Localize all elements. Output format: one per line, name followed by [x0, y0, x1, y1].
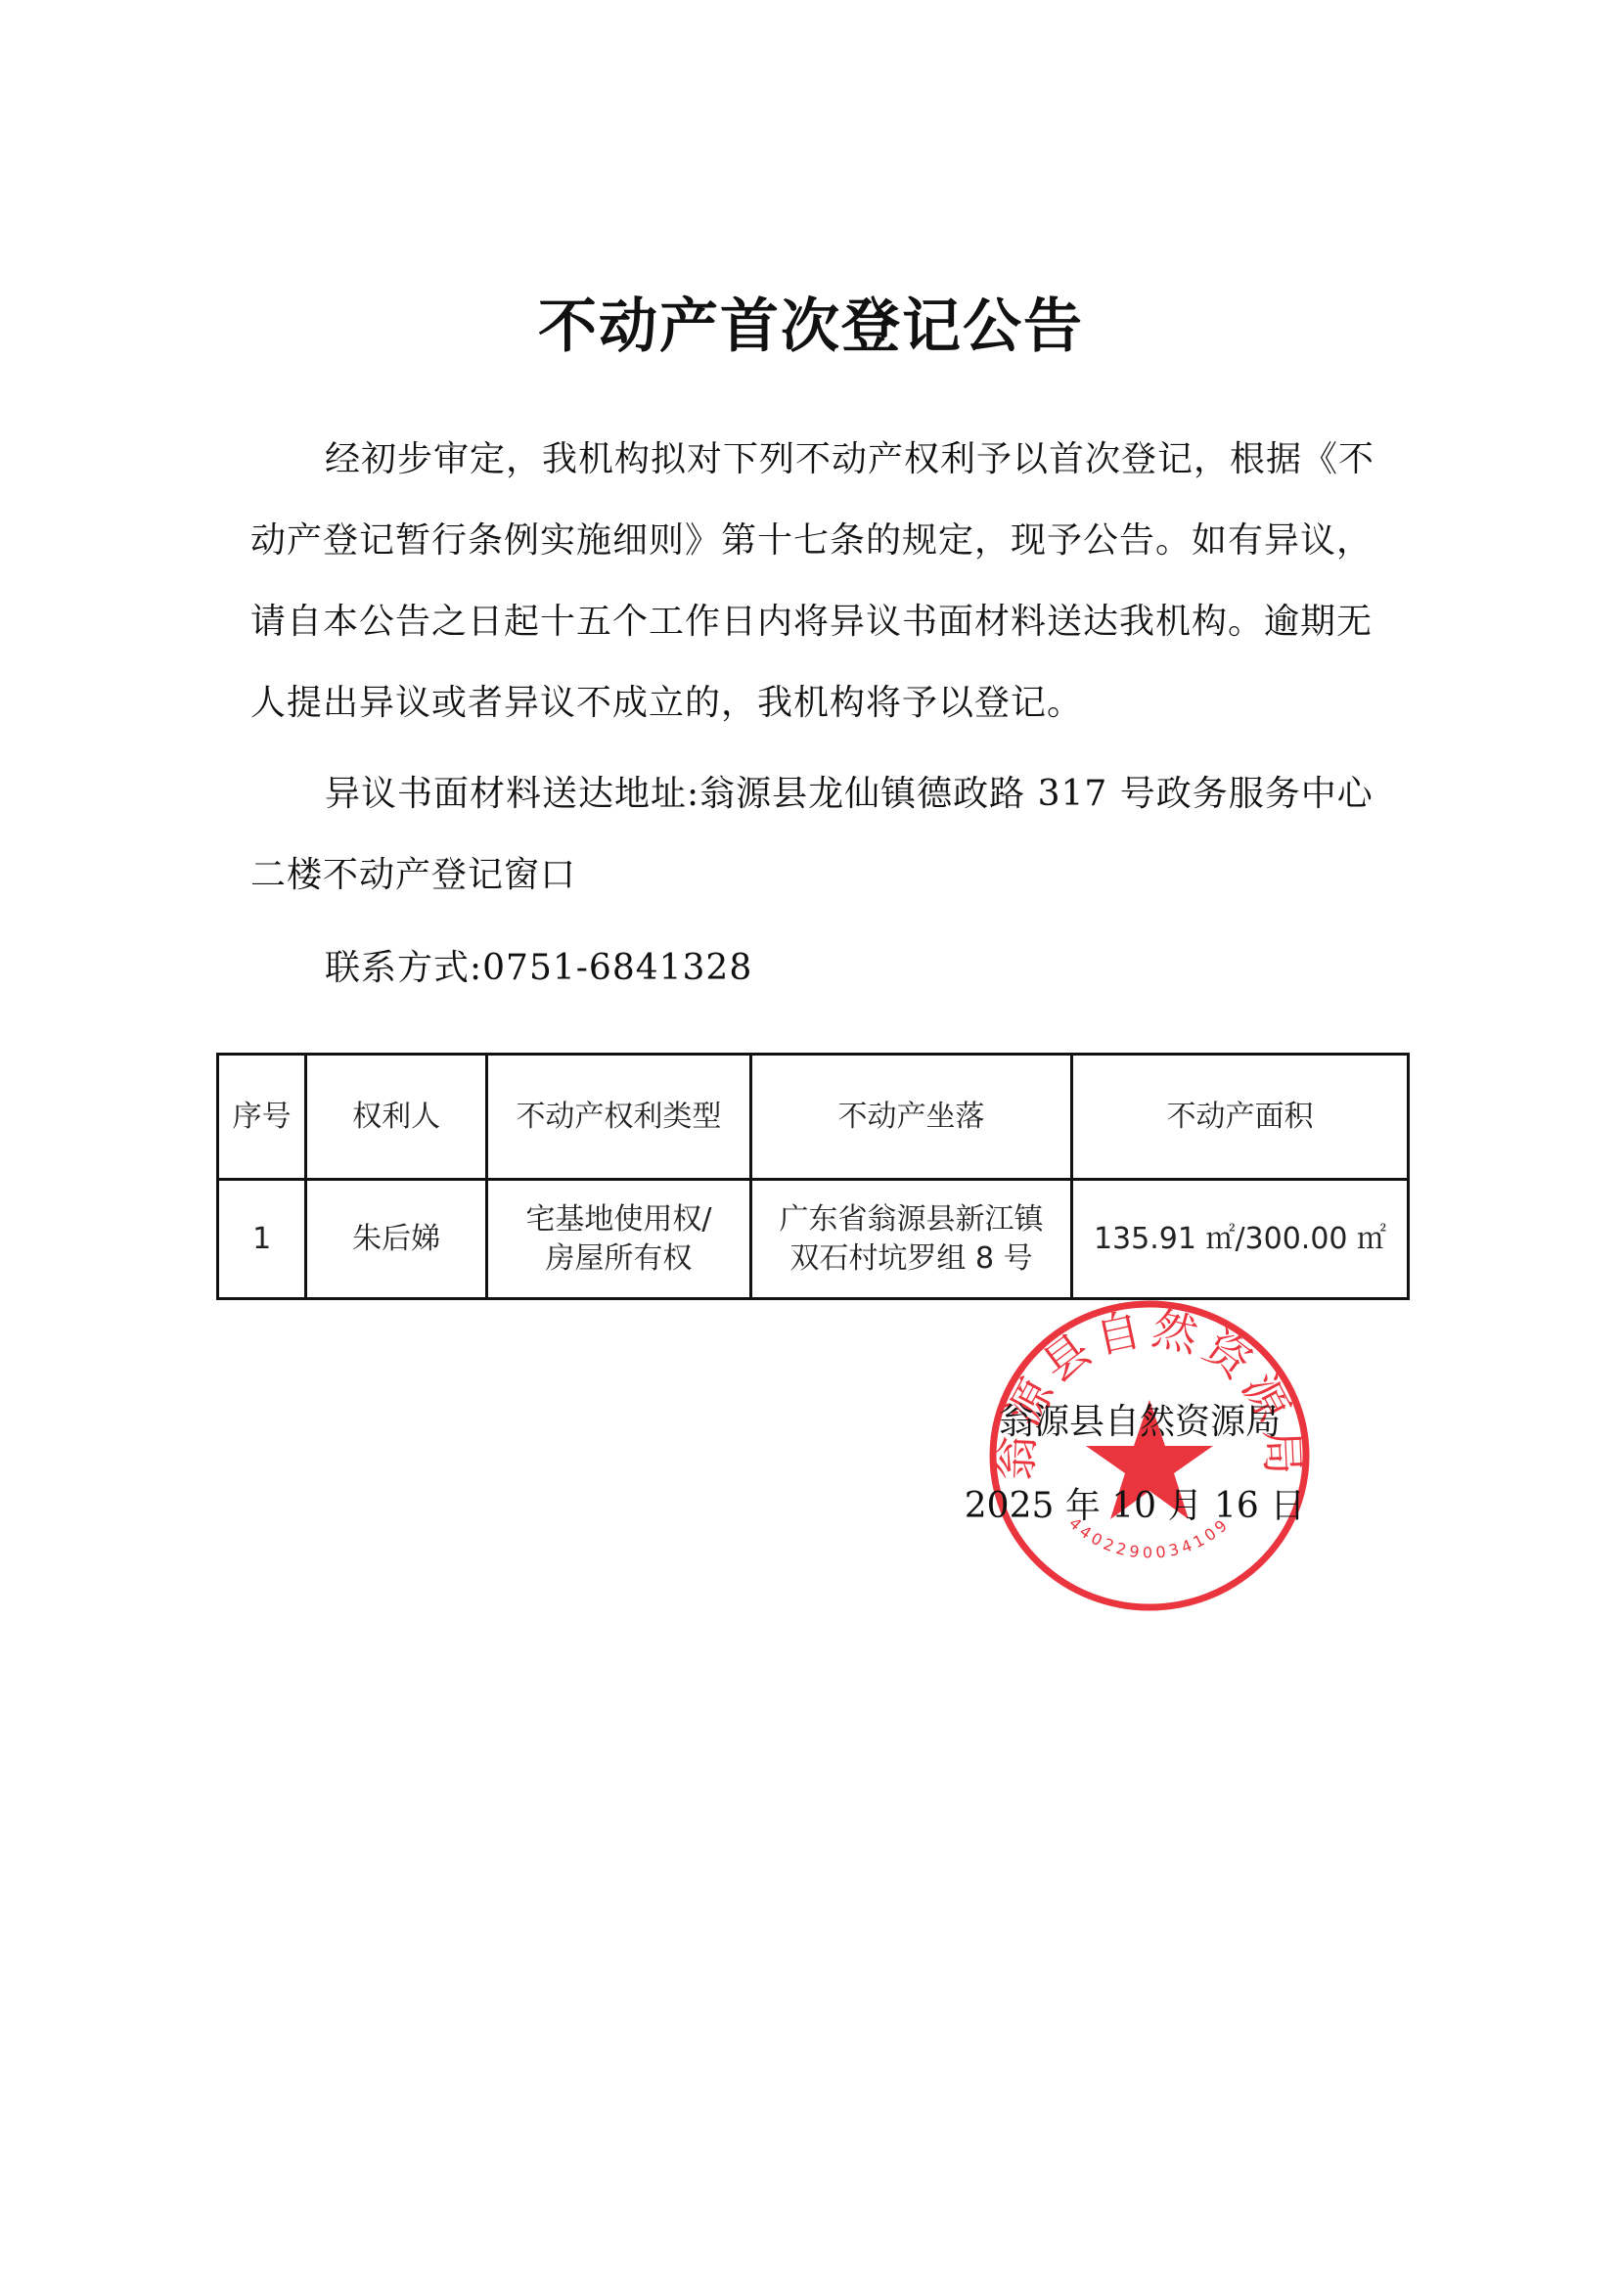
page-title: 不动产首次登记公告 — [0, 292, 1622, 362]
registration-table: 序号 权利人 不动产权利类型 不动产坐落 不动产面积 1 朱后娣 宅基地使用权/… — [216, 1053, 1410, 1300]
cell-location-line1: 广东省翁源县新江镇 — [758, 1200, 1064, 1239]
cell-no: 1 — [218, 1180, 306, 1299]
cell-area: 135.91 ㎡/300.00 ㎡ — [1072, 1180, 1409, 1299]
header-area: 不动产面积 — [1072, 1055, 1409, 1180]
objection-address-paragraph: 异议书面材料送达地址:翁源县龙仙镇德政路 317 号政务服务中心二楼不动产登记窗… — [250, 753, 1375, 916]
cell-location-line2: 双石村坑罗组 8 号 — [758, 1239, 1064, 1279]
cell-holder: 朱后娣 — [306, 1180, 487, 1299]
header-no: 序号 — [218, 1055, 306, 1180]
header-location: 不动产坐落 — [750, 1055, 1071, 1180]
cell-right-type: 宅基地使用权/ 房屋所有权 — [486, 1180, 750, 1299]
issuing-organization: 翁源县自然资源局 — [964, 1401, 1316, 1444]
objection-address-text: 异议书面材料送达地址:翁源县龙仙镇德政路 317 号政务服务中心二楼不动产登记窗… — [250, 774, 1374, 895]
issue-date: 2025 年 10 月 16 日 — [959, 1485, 1311, 1528]
table-row: 1 朱后娣 宅基地使用权/ 房屋所有权 广东省翁源县新江镇 双石村坑罗组 8 号… — [218, 1180, 1409, 1299]
contact-paragraph: 联系方式:0751-6841328 — [250, 927, 1375, 1009]
header-right-type: 不动产权利类型 — [486, 1055, 750, 1180]
notice-paragraph: 经初步审定，我机构拟对下列不动产权利予以首次登记，根据《不动产登记暂行条例实施细… — [250, 419, 1375, 743]
cell-right-type-line1: 宅基地使用权/ — [494, 1200, 743, 1239]
table-header-row: 序号 权利人 不动产权利类型 不动产坐落 不动产面积 — [218, 1055, 1409, 1180]
cell-right-type-line2: 房屋所有权 — [494, 1239, 743, 1279]
official-seal-icon: 翁源县自然资源局 4402290034109 — [988, 1299, 1311, 1612]
contact-text: 联系方式:0751-6841328 — [325, 948, 752, 988]
notice-body-text: 经初步审定，我机构拟对下列不动产权利予以首次登记，根据《不动产登记暂行条例实施细… — [250, 439, 1374, 723]
cell-location: 广东省翁源县新江镇 双石村坑罗组 8 号 — [750, 1180, 1071, 1299]
header-holder: 权利人 — [306, 1055, 487, 1180]
